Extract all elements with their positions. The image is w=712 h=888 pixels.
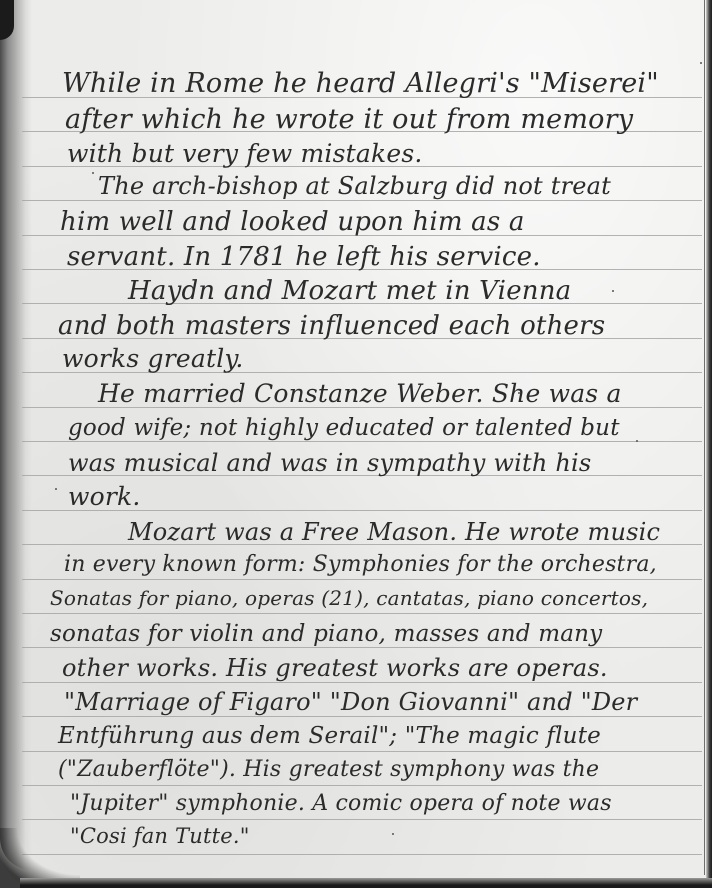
text-line: The arch-bishop at Salzburg did not trea… xyxy=(98,174,611,198)
text-line: Mozart was a Free Mason. He wrote music xyxy=(128,520,660,544)
text-line: "Jupiter" symphonie. A comic opera of no… xyxy=(70,793,612,815)
text-line: with but very few mistakes. xyxy=(67,141,423,166)
scanned-notebook-page: While in Rome he heard Allegri's "Misere… xyxy=(0,0,712,888)
scan-speck xyxy=(392,833,394,835)
text-line: and both masters influenced each others xyxy=(58,313,605,339)
text-line: "Cosi fan Tutte." xyxy=(70,826,250,847)
scan-speck xyxy=(92,172,94,174)
page-right-edge xyxy=(706,0,712,888)
text-line: servant. In 1781 he left his service. xyxy=(67,244,541,270)
scan-speck xyxy=(700,62,702,64)
text-line: sonatas for violin and piano, masses and… xyxy=(50,623,602,646)
ruled-line xyxy=(22,682,702,683)
scan-speck xyxy=(612,290,614,292)
text-line: Sonatas for piano, operas (21), cantatas… xyxy=(50,588,648,608)
text-line: "Marriage of Figaro" "Don Giovanni" and … xyxy=(64,690,637,714)
text-line: after which he wrote it out from memory xyxy=(65,106,633,133)
ruled-line xyxy=(22,441,702,442)
scan-speck xyxy=(55,488,57,490)
text-line: While in Rome he heard Allegri's "Misere… xyxy=(62,70,659,97)
text-line: Haydn and Mozart met in Vienna xyxy=(128,278,571,304)
ruled-line xyxy=(22,785,702,786)
text-line: was musical and was in sympathy with his xyxy=(68,451,591,475)
text-line: work. xyxy=(68,484,141,509)
ruled-line xyxy=(22,854,702,855)
text-line: ("Zauberflöte"). His greatest symphony w… xyxy=(58,759,599,781)
ruled-line xyxy=(22,613,702,614)
text-line: him well and looked upon him as a xyxy=(60,209,525,235)
ruled-line xyxy=(22,819,702,820)
scan-speck xyxy=(518,392,520,394)
ruled-line xyxy=(22,647,702,648)
page-bottom-edge xyxy=(20,878,712,888)
text-line: He married Constanze Weber. She was a xyxy=(98,381,622,406)
text-line: Entführung aus dem Serail"; "The magic f… xyxy=(58,725,601,748)
scan-speck xyxy=(636,440,638,442)
text-line: in every known form: Symphonies for the … xyxy=(64,554,657,576)
text-line: works greatly. xyxy=(62,346,244,371)
right-margin-edge xyxy=(704,0,705,875)
text-line: good wife; not highly educated or talent… xyxy=(68,417,620,440)
scan-speck xyxy=(150,630,152,632)
text-line: other works. His greatest works are oper… xyxy=(62,656,608,680)
ruled-line xyxy=(22,751,702,752)
ruled-line xyxy=(22,579,702,580)
ruled-line xyxy=(22,716,702,717)
ruled-line xyxy=(22,200,702,201)
